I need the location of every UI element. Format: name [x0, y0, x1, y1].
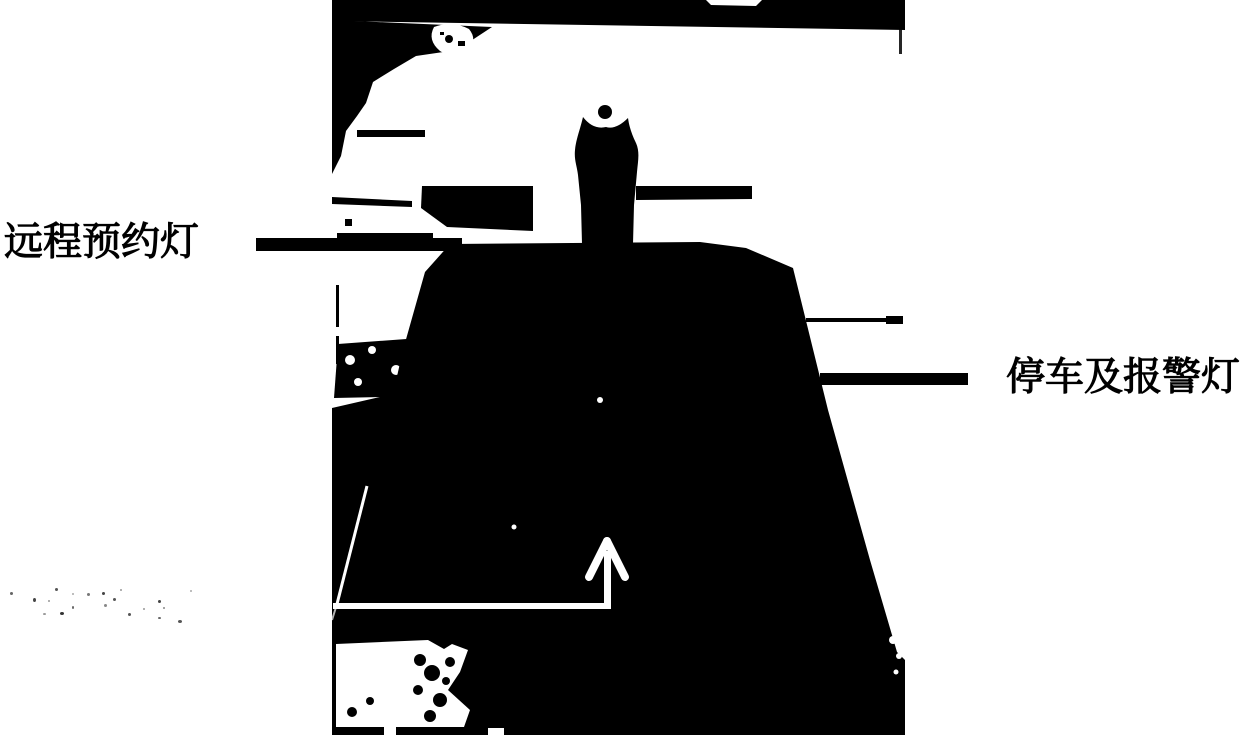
ground-speck	[413, 685, 423, 695]
bottom-strip-notch	[384, 727, 396, 735]
background-line	[337, 233, 433, 238]
background-stripe	[636, 186, 752, 200]
background-thin-line	[336, 285, 339, 327]
ground-speck	[424, 710, 436, 722]
ground-speck	[366, 697, 374, 705]
label-remote-reservation-light: 远程预约灯	[4, 223, 199, 262]
ground-speck	[347, 707, 357, 717]
lamp-dot	[598, 105, 612, 119]
sign-mark	[440, 32, 444, 35]
photo-right-edge-tick	[899, 28, 902, 54]
ground-speck	[424, 665, 440, 681]
label-parking-alarm-light: 停车及报警灯	[1006, 358, 1240, 397]
body-fleck	[597, 397, 603, 403]
sign-mark	[445, 35, 453, 43]
ground-speck	[414, 654, 426, 666]
leader-line-right-thick	[820, 373, 968, 385]
debris-fleck	[368, 346, 376, 354]
debris-fleck	[345, 355, 355, 365]
ground-speck	[445, 657, 455, 667]
leader-line-left	[256, 238, 462, 251]
ground-speck	[433, 693, 447, 707]
body-fleck	[896, 653, 902, 659]
body-fleck	[894, 670, 899, 675]
ground-speck	[442, 677, 450, 685]
up-arrow-shaft	[604, 551, 611, 609]
up-arrow-horizontal	[333, 603, 610, 609]
background-line	[357, 130, 425, 137]
body-fleck	[889, 636, 897, 644]
light-pole	[575, 117, 639, 244]
bottom-strip-notch	[488, 728, 504, 735]
figure-canvas: 远程预约灯 停车及报警灯	[0, 0, 1240, 735]
background-speck	[345, 219, 352, 226]
debris-fleck	[354, 378, 362, 386]
leader-line-right-thin-end	[886, 316, 903, 324]
sign-mark	[458, 41, 465, 46]
body-fleck	[512, 525, 517, 530]
